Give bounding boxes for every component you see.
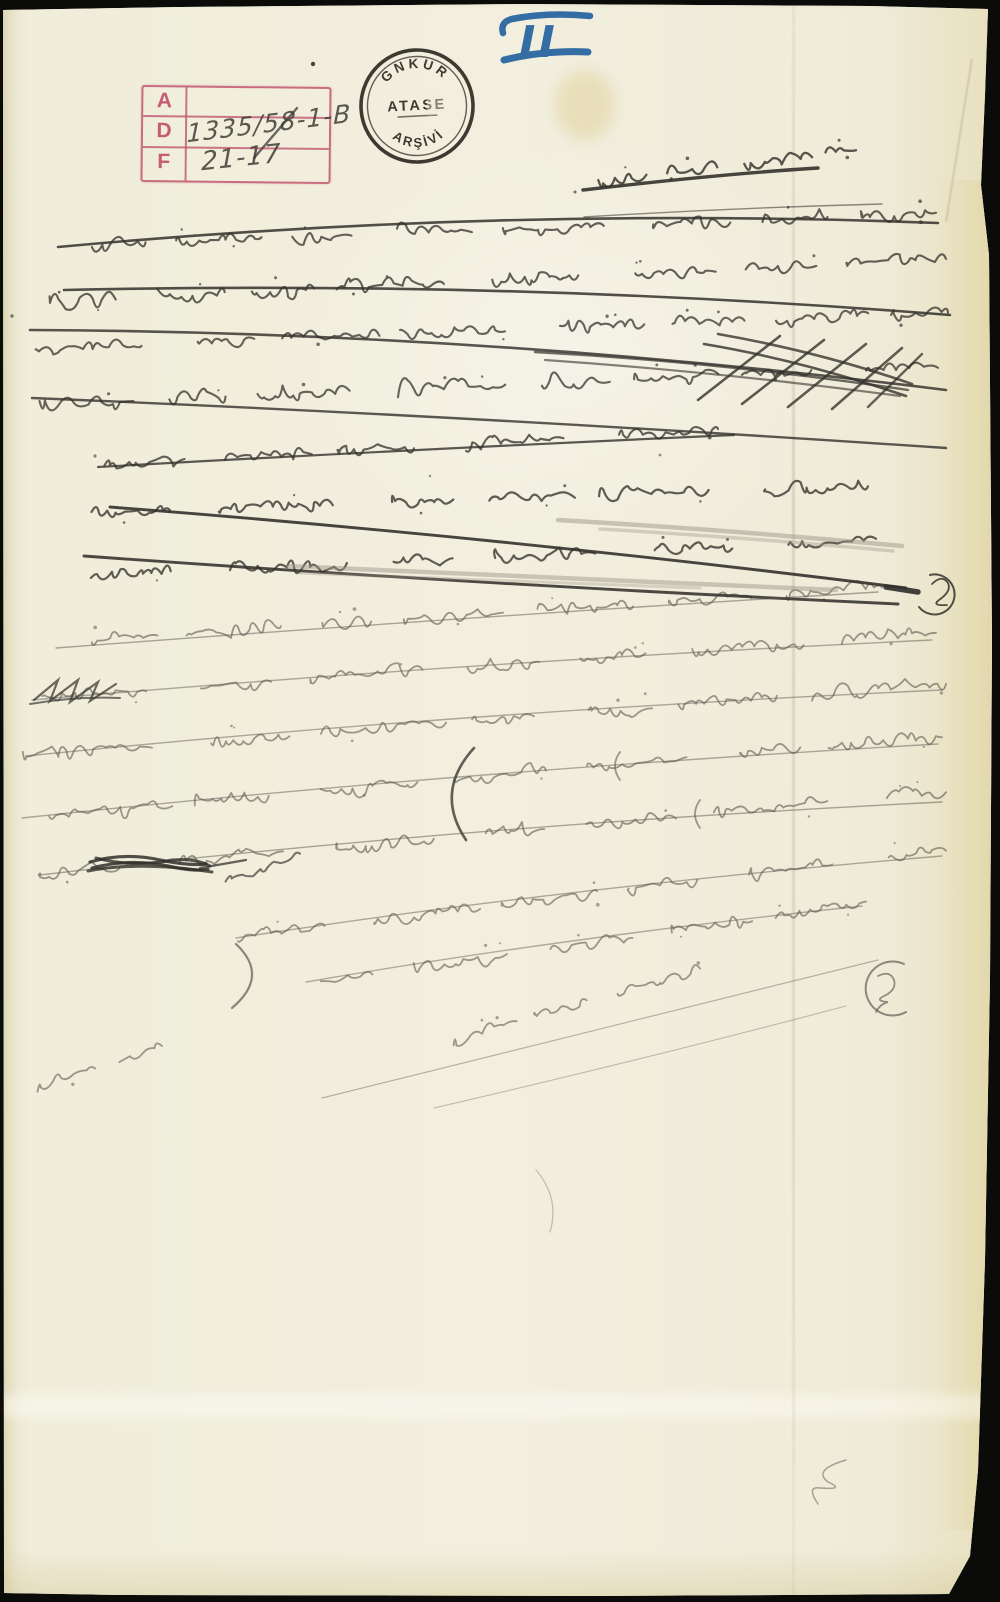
handwriting-layer	[0, 0, 1000, 1602]
p1-line2-dot	[97, 309, 99, 311]
p1-line4-dot	[481, 375, 483, 377]
p1-line3-dot	[316, 343, 320, 347]
reference-slash	[254, 108, 297, 158]
p2-line1-dot	[546, 504, 548, 506]
p3-line4-dot	[363, 794, 366, 797]
p3-line8-dot	[697, 961, 701, 965]
smear1	[558, 520, 902, 546]
p3-strike6	[236, 856, 942, 938]
heading-scrawl-dot	[624, 166, 626, 168]
p3-line3-dot	[940, 691, 943, 694]
faint-curve	[536, 1170, 553, 1232]
p3-line8-dot	[496, 1016, 499, 1019]
p1-line2-dot	[639, 260, 642, 263]
p1-line4-dot	[443, 376, 446, 379]
p1-line1-dot	[233, 245, 235, 247]
p1-strike2	[64, 288, 950, 315]
p3-line4-dot	[540, 777, 542, 779]
p1-line3-dot	[686, 309, 689, 312]
p3-line2-dot	[135, 701, 137, 703]
p3-line8-dot	[481, 1019, 484, 1022]
stray-dot	[311, 62, 315, 66]
p3-line3-dot	[644, 692, 647, 695]
p3-guide1	[322, 960, 878, 1098]
p3-line6-dot	[596, 903, 600, 907]
p3-line6-dot	[894, 842, 896, 844]
p1-line2-dot	[58, 291, 61, 294]
p2-margin-dash	[886, 587, 918, 592]
stray-dot	[659, 454, 662, 457]
paper-sheet: II GNKUR ATASE ARŞİVİ A	[0, 0, 1000, 1602]
p3-line7-dot	[847, 914, 849, 916]
p2-line1-dot	[420, 512, 423, 515]
p1-strike4	[32, 398, 946, 448]
circle-mark-2-glyph	[876, 974, 895, 1012]
p1-line2-dot	[199, 283, 201, 285]
p1-line1-dot	[918, 199, 922, 203]
p1-line3-dot	[502, 338, 504, 340]
p3-line7-dot	[499, 942, 501, 944]
stray-dot	[429, 475, 432, 478]
p2-line1-dot	[293, 494, 295, 496]
stray-dot	[93, 454, 96, 457]
document-scan: II GNKUR ATASE ARŞİVİ A	[0, 0, 1000, 1602]
p1-line2-dot	[635, 262, 637, 264]
p2-line1-dot	[699, 500, 701, 502]
p3-line1	[92, 581, 882, 645]
p3-line3	[23, 679, 946, 760]
p3-line2-dot	[642, 642, 644, 644]
p3-line5-dot	[899, 785, 901, 787]
p3-line1-dot	[339, 611, 341, 613]
p3-line9-dot	[71, 1083, 74, 1086]
p3-line5-dot	[808, 815, 810, 817]
circle-mark-2	[866, 962, 906, 1016]
p3-line5-dot	[664, 809, 667, 812]
p1-line2-dot	[812, 254, 815, 257]
p3-line7-dot	[484, 944, 487, 947]
p2-line1-dot	[123, 521, 126, 524]
p3-guide2	[434, 1006, 846, 1108]
p3-line1-dot	[353, 607, 357, 611]
p2-line1	[92, 481, 869, 517]
p3-line3-dot	[230, 725, 233, 728]
stray-dots	[10, 62, 661, 478]
heading-scrawl-dot	[838, 139, 841, 142]
circle-mark-1-glyph	[932, 579, 949, 605]
p1-line4-dot	[655, 364, 658, 367]
p3-line4	[49, 733, 942, 819]
p3-line2-dot	[634, 646, 637, 649]
big-open-paren	[452, 748, 474, 840]
p3-strike1	[56, 592, 878, 648]
p3-line6	[238, 847, 946, 941]
stray-dot	[10, 314, 13, 317]
p3-line1-dot	[457, 623, 460, 626]
heading-scrawl-dot	[846, 156, 850, 160]
bottom-squiggle	[812, 1460, 846, 1504]
p1-line2-dot	[386, 275, 389, 278]
p1-line3-dot	[899, 324, 902, 327]
p2-line2-dot	[662, 536, 665, 539]
p3-line2-dot	[400, 663, 402, 665]
heading-strike	[583, 168, 818, 190]
stray-dot	[574, 191, 577, 194]
p1-line4-dot	[107, 392, 110, 395]
p2-line2-dot	[156, 579, 158, 581]
p1-line4-dot	[302, 383, 306, 387]
p1-line1-dot	[181, 228, 183, 230]
p1-line2-dot	[274, 276, 277, 279]
p1-line3-dot	[605, 315, 608, 318]
p3-line5-dot	[916, 781, 918, 783]
hatch8	[535, 352, 908, 390]
p3-line7-dot	[778, 905, 780, 907]
p1-line1	[92, 209, 936, 252]
p3-line7-dot	[680, 936, 682, 938]
p3-strike2	[32, 640, 932, 700]
p1-line2	[50, 254, 946, 310]
p1-line3-dot	[717, 311, 720, 314]
heading-scrawl-dot	[686, 157, 690, 161]
p3-line8	[454, 965, 700, 1046]
p1-line4-dot	[217, 389, 219, 391]
p3-line6-dot	[593, 881, 596, 884]
p3-line6-dot	[277, 921, 279, 923]
big-close-paren	[232, 944, 252, 1008]
p1-line2-dot	[352, 293, 355, 296]
p3-line3-dot	[233, 727, 235, 729]
p1-strike1	[58, 218, 938, 247]
small-paren-2	[695, 800, 700, 828]
p3-line1-dot	[551, 597, 553, 599]
p3-line9	[38, 1043, 163, 1091]
p2-line1-dot	[563, 484, 566, 487]
p1-line3-dot	[614, 314, 617, 317]
pencil-scrawl	[23, 139, 948, 1092]
p3-line4-dot	[923, 746, 925, 748]
heading-underline	[584, 204, 882, 217]
p3-line5	[39, 787, 946, 879]
p3-line3-dot	[351, 740, 354, 743]
p3-line3-dot	[616, 699, 619, 702]
p1-strike3	[30, 330, 946, 390]
p3-line7-dot	[577, 934, 580, 937]
p1-strike5	[98, 435, 734, 467]
p3-line1-dot	[93, 626, 97, 630]
p3-line5-dot	[66, 881, 69, 884]
margin-word	[226, 853, 301, 882]
